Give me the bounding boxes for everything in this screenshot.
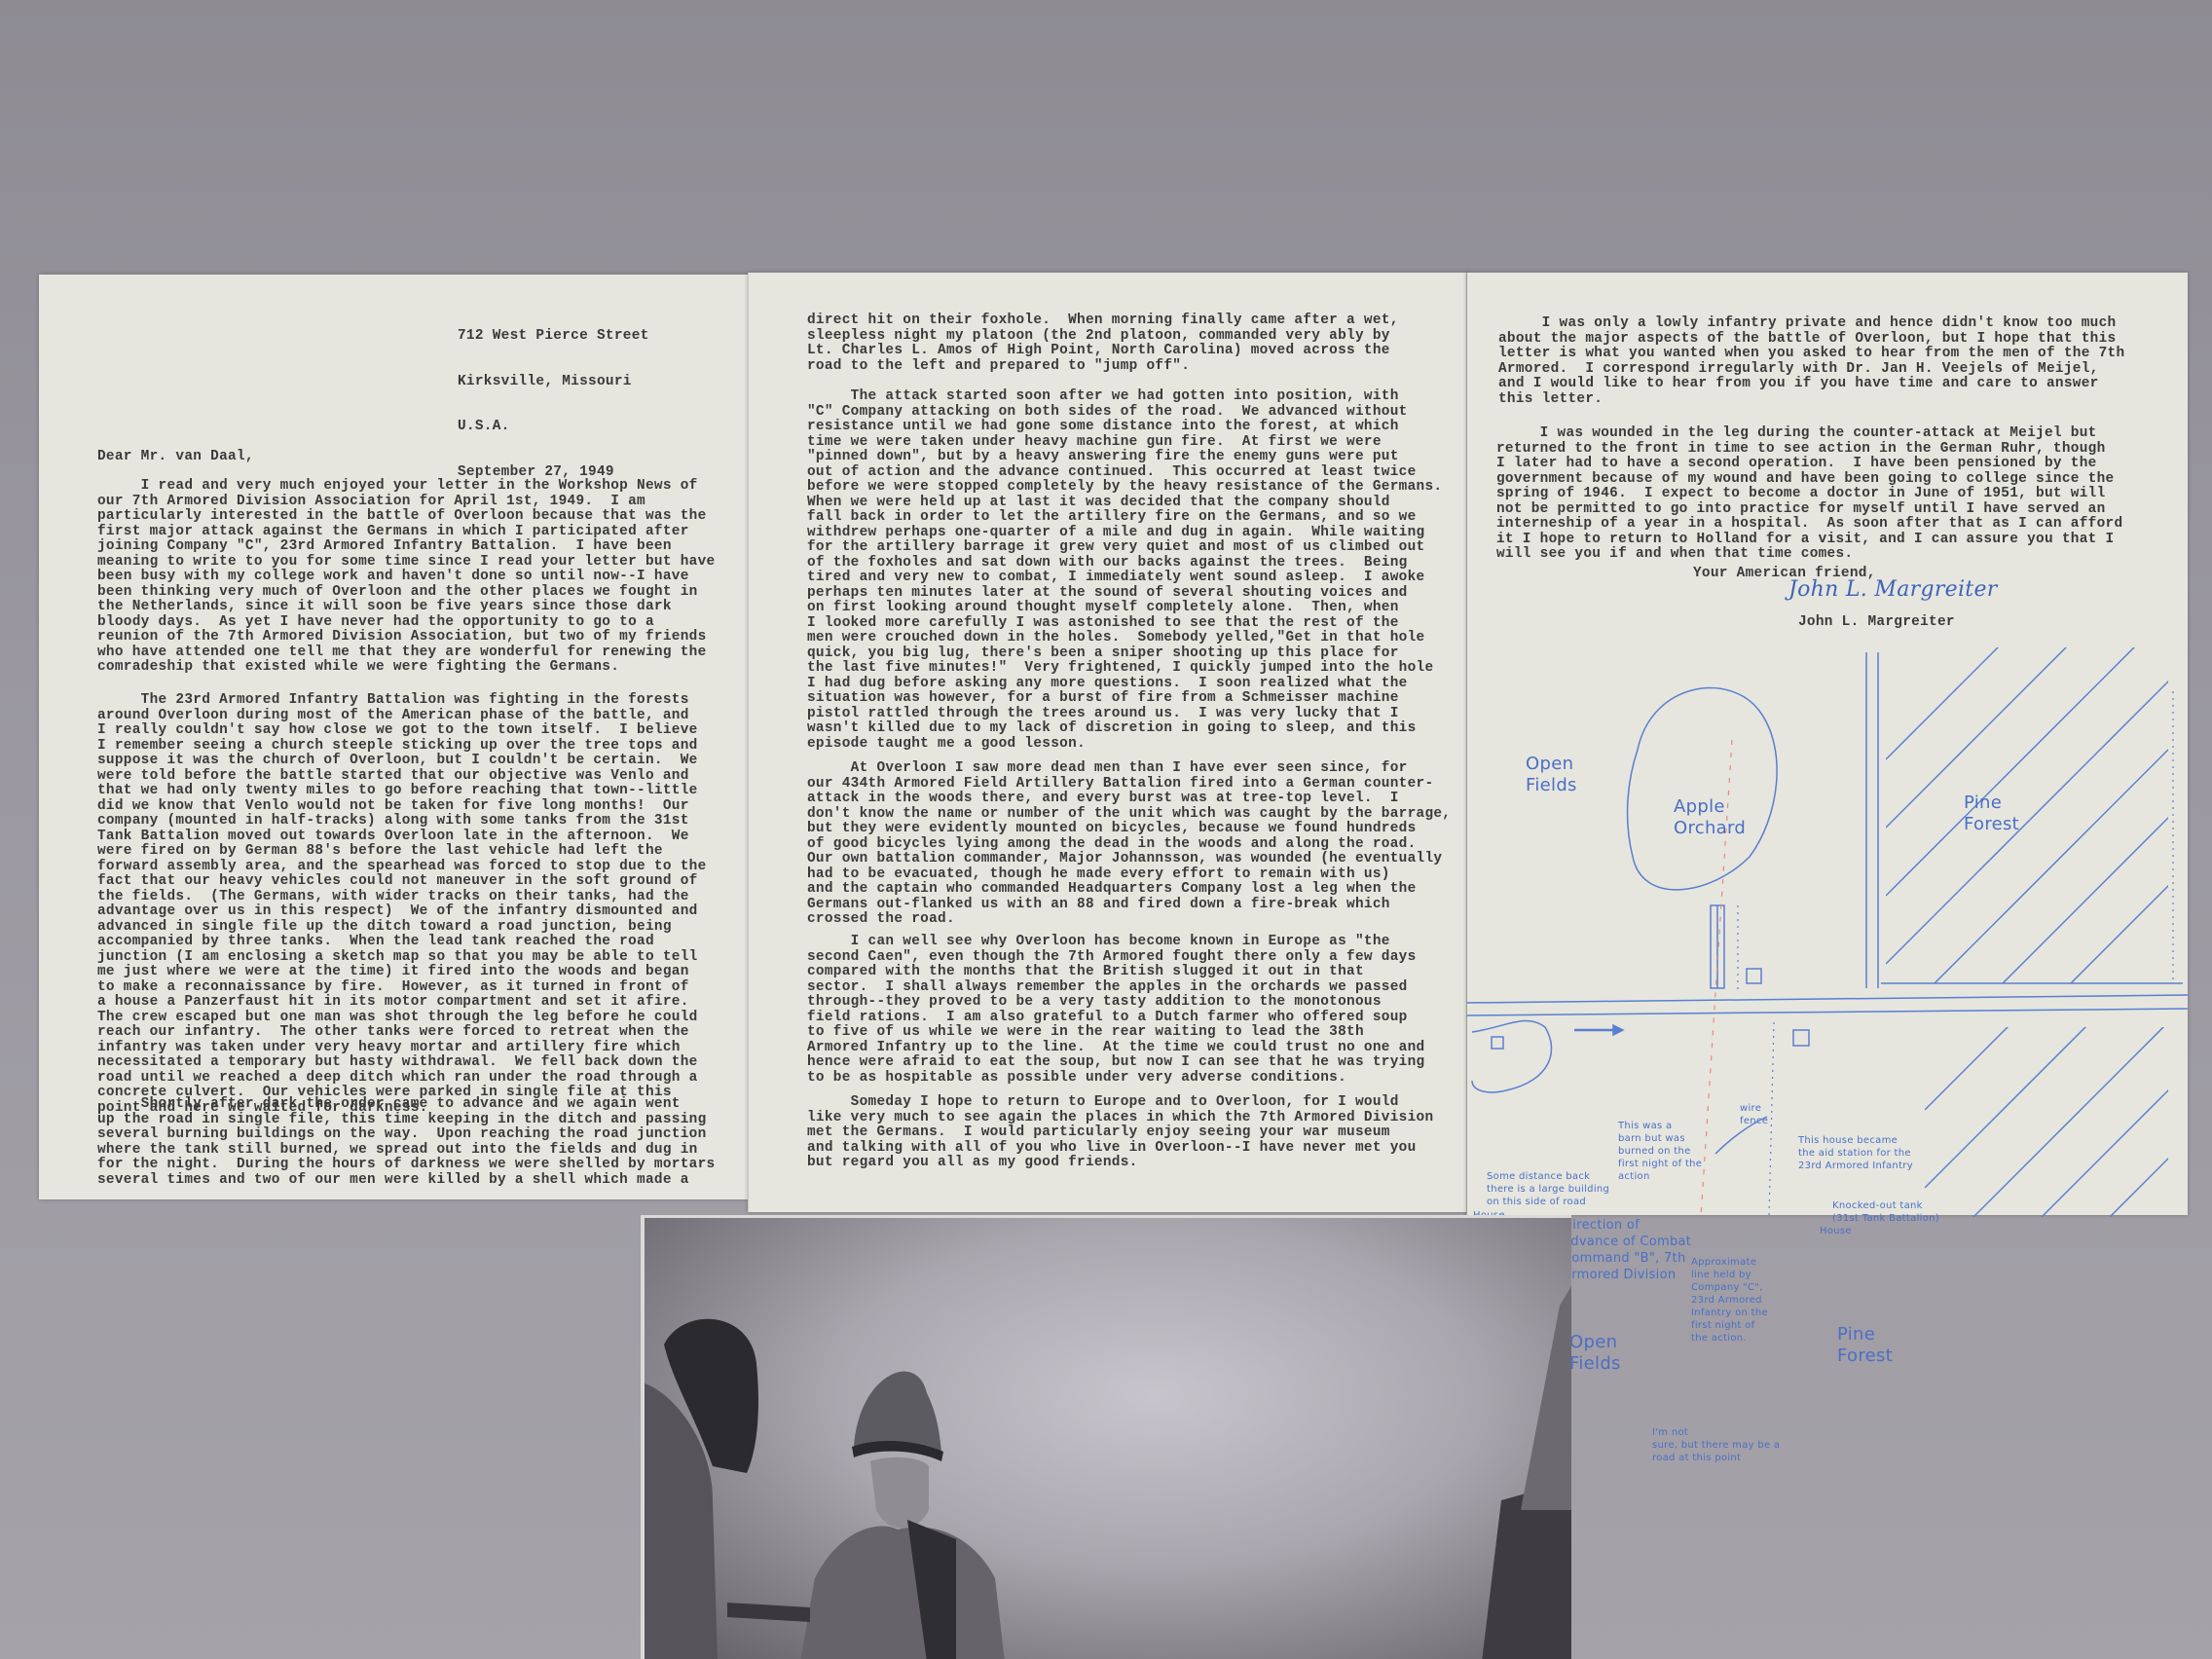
paragraph-3: Shortly after dark the order came to adv… [97, 1097, 715, 1188]
paragraph-7: I can well see why Overloon has become k… [807, 935, 1424, 1086]
soldiers-photograph [641, 1215, 1571, 1659]
map-note-possible-road: I'm not sure, but there may be a road at… [1652, 1426, 1780, 1464]
map-note-knocked-out-tank: Knocked-out tank (31st Tank Battalion) [1832, 1199, 1939, 1225]
paragraph-6: At Overloon I saw more dead men than I h… [807, 761, 1451, 928]
map-label-pine-forest-bottom: Pine Forest [1837, 1324, 1893, 1367]
paragraph-2: The 23rd Armored Infantry Battalion was … [97, 693, 707, 1116]
map-label-direction-of-advance: Direction of advance of Combat Command "… [1563, 1217, 1691, 1283]
map-label-apple-orchard-top: Apple Orchard [1674, 796, 1746, 839]
paragraph-4: direct hit on their foxhole. When mornin… [807, 313, 1399, 374]
typed-signature: John L. Margreiter [1798, 615, 1955, 631]
letter-page-2: direct hit on their foxhole. When mornin… [748, 273, 1469, 1212]
map-label-open-fields-bottom: Open Fields [1569, 1332, 1621, 1375]
map-note-wire-fence: wire fence [1740, 1102, 1768, 1127]
map-label-open-fields-top: Open Fields [1526, 754, 1577, 796]
paragraph-10: I was wounded in the leg during the coun… [1496, 426, 2122, 563]
map-label-pine-forest-top: Pine Forest [1964, 793, 2019, 835]
paragraph-8: Someday I hope to return to Europe and t… [807, 1095, 1433, 1171]
map-note-house-right: House [1820, 1225, 1852, 1237]
paragraph-5: The attack started soon after we had got… [807, 389, 1442, 752]
salutation: Dear Mr. van Daal, [97, 450, 254, 465]
map-note-large-building: Some distance back there is a large buil… [1487, 1170, 1609, 1208]
soldiers-illustration [645, 1218, 1571, 1659]
handwritten-signature: John L. Margreiter [1788, 582, 1998, 598]
letter-page-3: I was only a lowly infantry private and … [1466, 273, 2188, 1215]
letter-page-1: 712 West Pierce Street Kirksville, Misso… [39, 275, 750, 1199]
paragraph-1: I read and very much enjoyed your letter… [97, 479, 715, 676]
paragraph-9: I was only a lowly infantry private and … [1498, 316, 2124, 407]
map-note-approximate-line: Approximate line held by Company "C", 23… [1691, 1256, 1768, 1345]
map-note-barn: This was a barn but was burned on the fi… [1618, 1120, 1702, 1183]
sketch-map [1467, 643, 2188, 1217]
map-note-aid-station: This house became the aid station for th… [1798, 1134, 1913, 1172]
